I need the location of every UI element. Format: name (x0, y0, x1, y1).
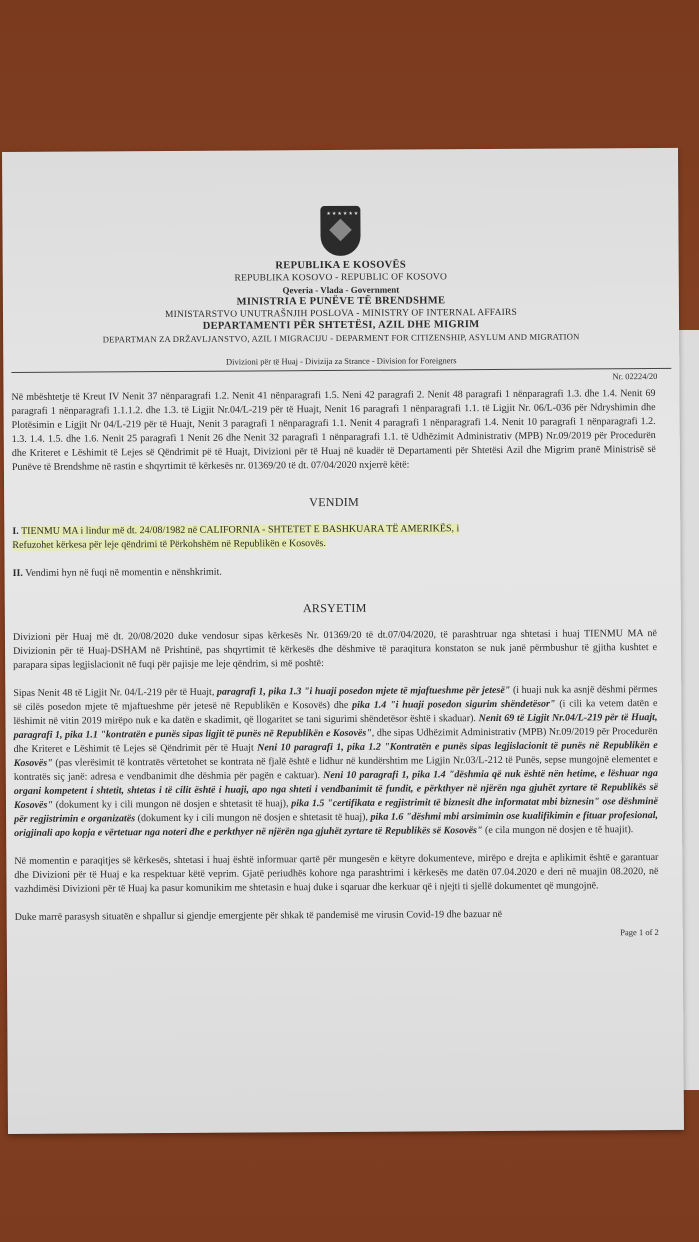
reasoning-paragraph-3: Në momentin e paraqitjes së kërkesës, sh… (14, 851, 658, 897)
document-page: ★★★★★★ REPUBLIKA E KOSOVËS REPUBLIKA KOS… (2, 148, 684, 1134)
document-header: ★★★★★★ REPUBLIKA E KOSOVËS REPUBLIKA KOS… (2, 148, 679, 368)
paragraph-text: (dokument ky i cili mungon në dosjen e s… (53, 798, 291, 810)
division-line: Divizioni për të Huaj - Divizija za Stra… (3, 354, 679, 368)
paragraph-text: (e cila mungon në dosjen e të huajit). (482, 824, 633, 836)
decision-title: VENDIM (12, 493, 656, 511)
preamble-paragraph: Në mbështetje të Kreut IV Nenit 37 nënpa… (11, 387, 656, 475)
decision-item-1: I. TIENMU MA i lindur më dt. 24/08/1982 … (12, 521, 656, 553)
legal-citation: paragrafi 1, pika 1.3 "i huaji posedon m… (217, 685, 510, 698)
reasoning-paragraph-2: Sipas Nenit 48 të Ligjit Nr. 04/L-219 pë… (13, 683, 658, 841)
decision-item-2: II. Vendimi hyn në fuqi në momentin e në… (13, 563, 657, 581)
legal-citation: pika 1.4 "i huaji posedon sigurim shënde… (352, 699, 555, 711)
decision-item-2-text: Vendimi hyn në fuqi në momentin e nënshk… (25, 567, 222, 579)
paragraph-text: Sipas Nenit 48 të Ligjit Nr. 04/L-219 pë… (13, 687, 217, 699)
kosovo-emblem-icon: ★★★★★★ (320, 206, 360, 256)
decision-item-1-line2: Refuzohet kërkesa për leje qëndrimi të P… (12, 538, 326, 551)
document-body: Në mbështetje të Kreut IV Nenit 37 nënpa… (3, 381, 682, 925)
decision-item-1-line1: TIENMU MA i lindur më dt. 24/08/1982 në … (21, 523, 459, 537)
paragraph-text: (dokument ky i cili mungon në dosjen e s… (135, 812, 370, 824)
decision-item-1-number: I. (12, 526, 18, 537)
reasoning-paragraph-1: Divizioni për Huaj më dt. 20/08/2020 duk… (13, 627, 657, 673)
reasoning-paragraph-4: Duke marrë parasysh situatën e shpallur … (15, 907, 659, 925)
page-number: Page 1 of 2 (7, 927, 683, 941)
reasoning-title: ARSYETIM (13, 599, 657, 617)
decision-item-2-number: II. (13, 568, 23, 579)
